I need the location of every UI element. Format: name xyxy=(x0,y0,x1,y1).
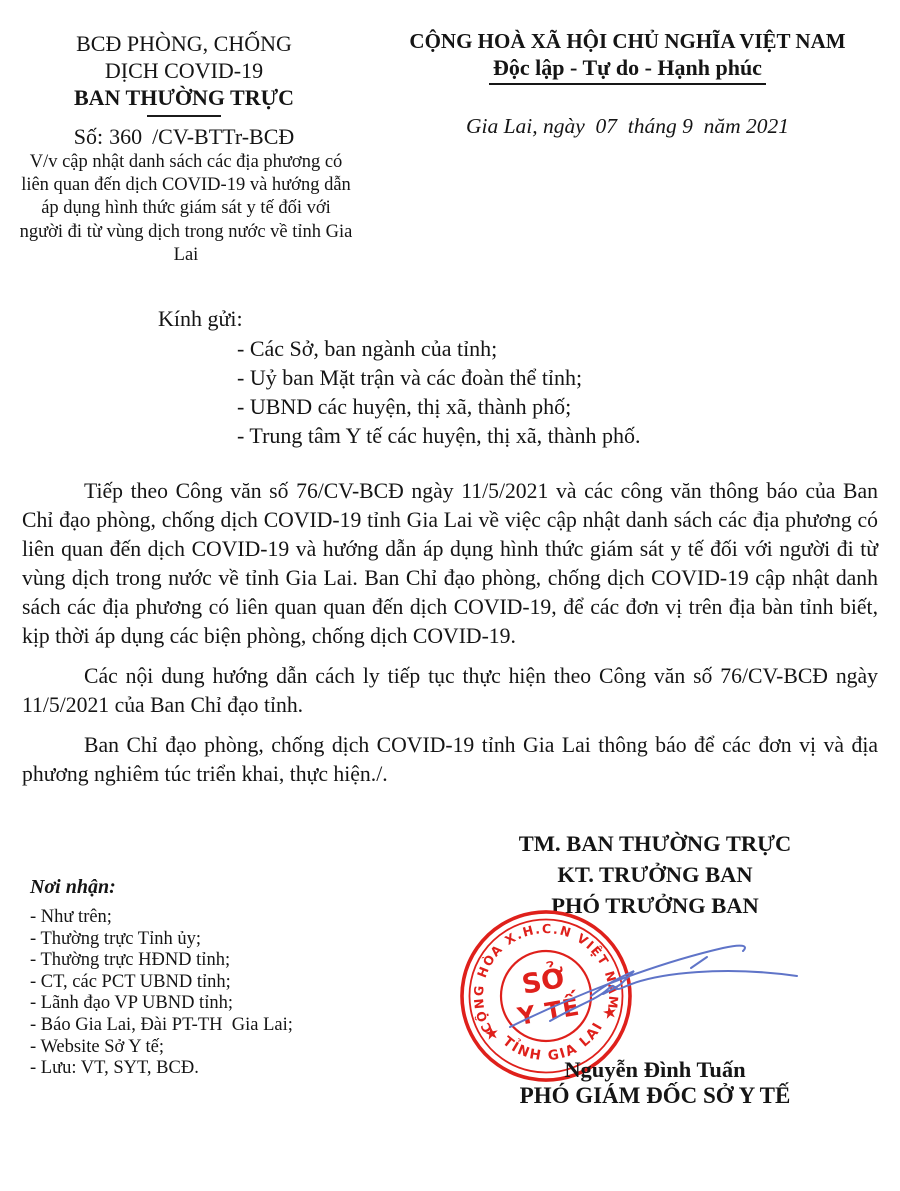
national-title: CỘNG HOÀ XÃ HỘI CHỦ NGHĨA VIỆT NAM xyxy=(375,28,880,54)
doc-number-suffix: /CV-BTTr-BCĐ xyxy=(152,124,294,149)
body-paragraph: Các nội dung hướng dẫn cách ly tiếp tục … xyxy=(22,662,878,720)
national-motto: Độc lập - Tự do - Hạnh phúc xyxy=(489,54,766,85)
distribution-list-label: Nơi nhận: xyxy=(30,876,293,899)
signature-ink xyxy=(495,928,810,1048)
document-number: Số:360/CV-BTTr-BCĐ xyxy=(28,123,340,150)
issuing-org-block: BCĐ PHÒNG, CHỐNGDỊCH COVID-19 BAN THƯỜNG… xyxy=(28,30,340,150)
doc-number-value: 360 xyxy=(103,124,152,149)
signature-authority-line: KT. TRƯỞNG BAN xyxy=(455,859,855,890)
document-body: Tiếp theo Công văn số 76/CV-BCĐ ngày 11/… xyxy=(22,477,878,789)
header-divider-rule xyxy=(147,115,221,117)
distribution-list-item: - CT, các PCT UBND tỉnh; xyxy=(30,972,293,994)
distribution-list-item: - Thường trực HĐND tỉnh; xyxy=(30,950,293,972)
signer-title: PHÓ GIÁM ĐỐC SỞ Y TẾ xyxy=(455,1083,855,1109)
distribution-list-block: Nơi nhận: - Như trên;- Thường trực Tỉnh … xyxy=(30,876,293,1080)
issuing-org-standing-board: BAN THƯỜNG TRỰC xyxy=(28,84,340,111)
national-header-block: CỘNG HOÀ XÃ HỘI CHỦ NGHĨA VIỆT NAM Độc l… xyxy=(375,28,880,139)
distribution-list-item: - Lãnh đạo VP UBND tỉnh; xyxy=(30,993,293,1015)
salutation-recipient: - Các Sở, ban ngành của tỉnh; xyxy=(237,334,640,363)
doc-number-label: Số: xyxy=(74,124,103,149)
national-motto-wrap: Độc lập - Tự do - Hạnh phúc xyxy=(375,54,880,85)
salutation-label: Kính gửi: xyxy=(158,306,243,332)
salutation-recipient: - Uỷ ban Mặt trận và các đoàn thể tỉnh; xyxy=(237,363,640,392)
signature-authority-line: TM. BAN THƯỜNG TRỰC xyxy=(455,828,855,859)
distribution-list-item: - Thường trực Tỉnh ủy; xyxy=(30,929,293,951)
place-and-date: Gia Lai, ngày 07 tháng 9 năm 2021 xyxy=(375,114,880,139)
body-paragraph: Tiếp theo Công văn số 76/CV-BCĐ ngày 11/… xyxy=(22,477,878,651)
signer-name: Nguyễn Đình Tuấn xyxy=(455,1057,855,1083)
issuing-org-name: BCĐ PHÒNG, CHỐNGDỊCH COVID-19 xyxy=(28,30,340,84)
salutation-recipient: - UBND các huyện, thị xã, thành phố; xyxy=(237,392,640,421)
distribution-list-item: - Báo Gia Lai, Đài PT-TH Gia Lai; xyxy=(30,1015,293,1037)
distribution-list-item: - Như trên; xyxy=(30,907,293,929)
salutation-recipient: - Trung tâm Y tế các huyện, thị xã, thàn… xyxy=(237,421,640,450)
document-page: BCĐ PHÒNG, CHỐNGDỊCH COVID-19 BAN THƯỜNG… xyxy=(0,0,900,1191)
issuing-org-line: DỊCH COVID-19 xyxy=(28,57,340,84)
body-paragraph: Ban Chỉ đạo phòng, chống dịch COVID-19 t… xyxy=(22,731,878,789)
issuing-org-line: BCĐ PHÒNG, CHỐNG xyxy=(28,30,340,57)
distribution-list-item: - Lưu: VT, SYT, BCĐ. xyxy=(30,1058,293,1080)
distribution-list: - Như trên;- Thường trực Tỉnh ủy;- Thườn… xyxy=(30,907,293,1080)
salutation-recipient-list: - Các Sở, ban ngành của tỉnh;- Uỷ ban Mặ… xyxy=(237,334,640,450)
document-subject: V/v cập nhật danh sách các địa phương có… xyxy=(18,151,354,267)
distribution-list-item: - Website Sở Y tế; xyxy=(30,1037,293,1059)
